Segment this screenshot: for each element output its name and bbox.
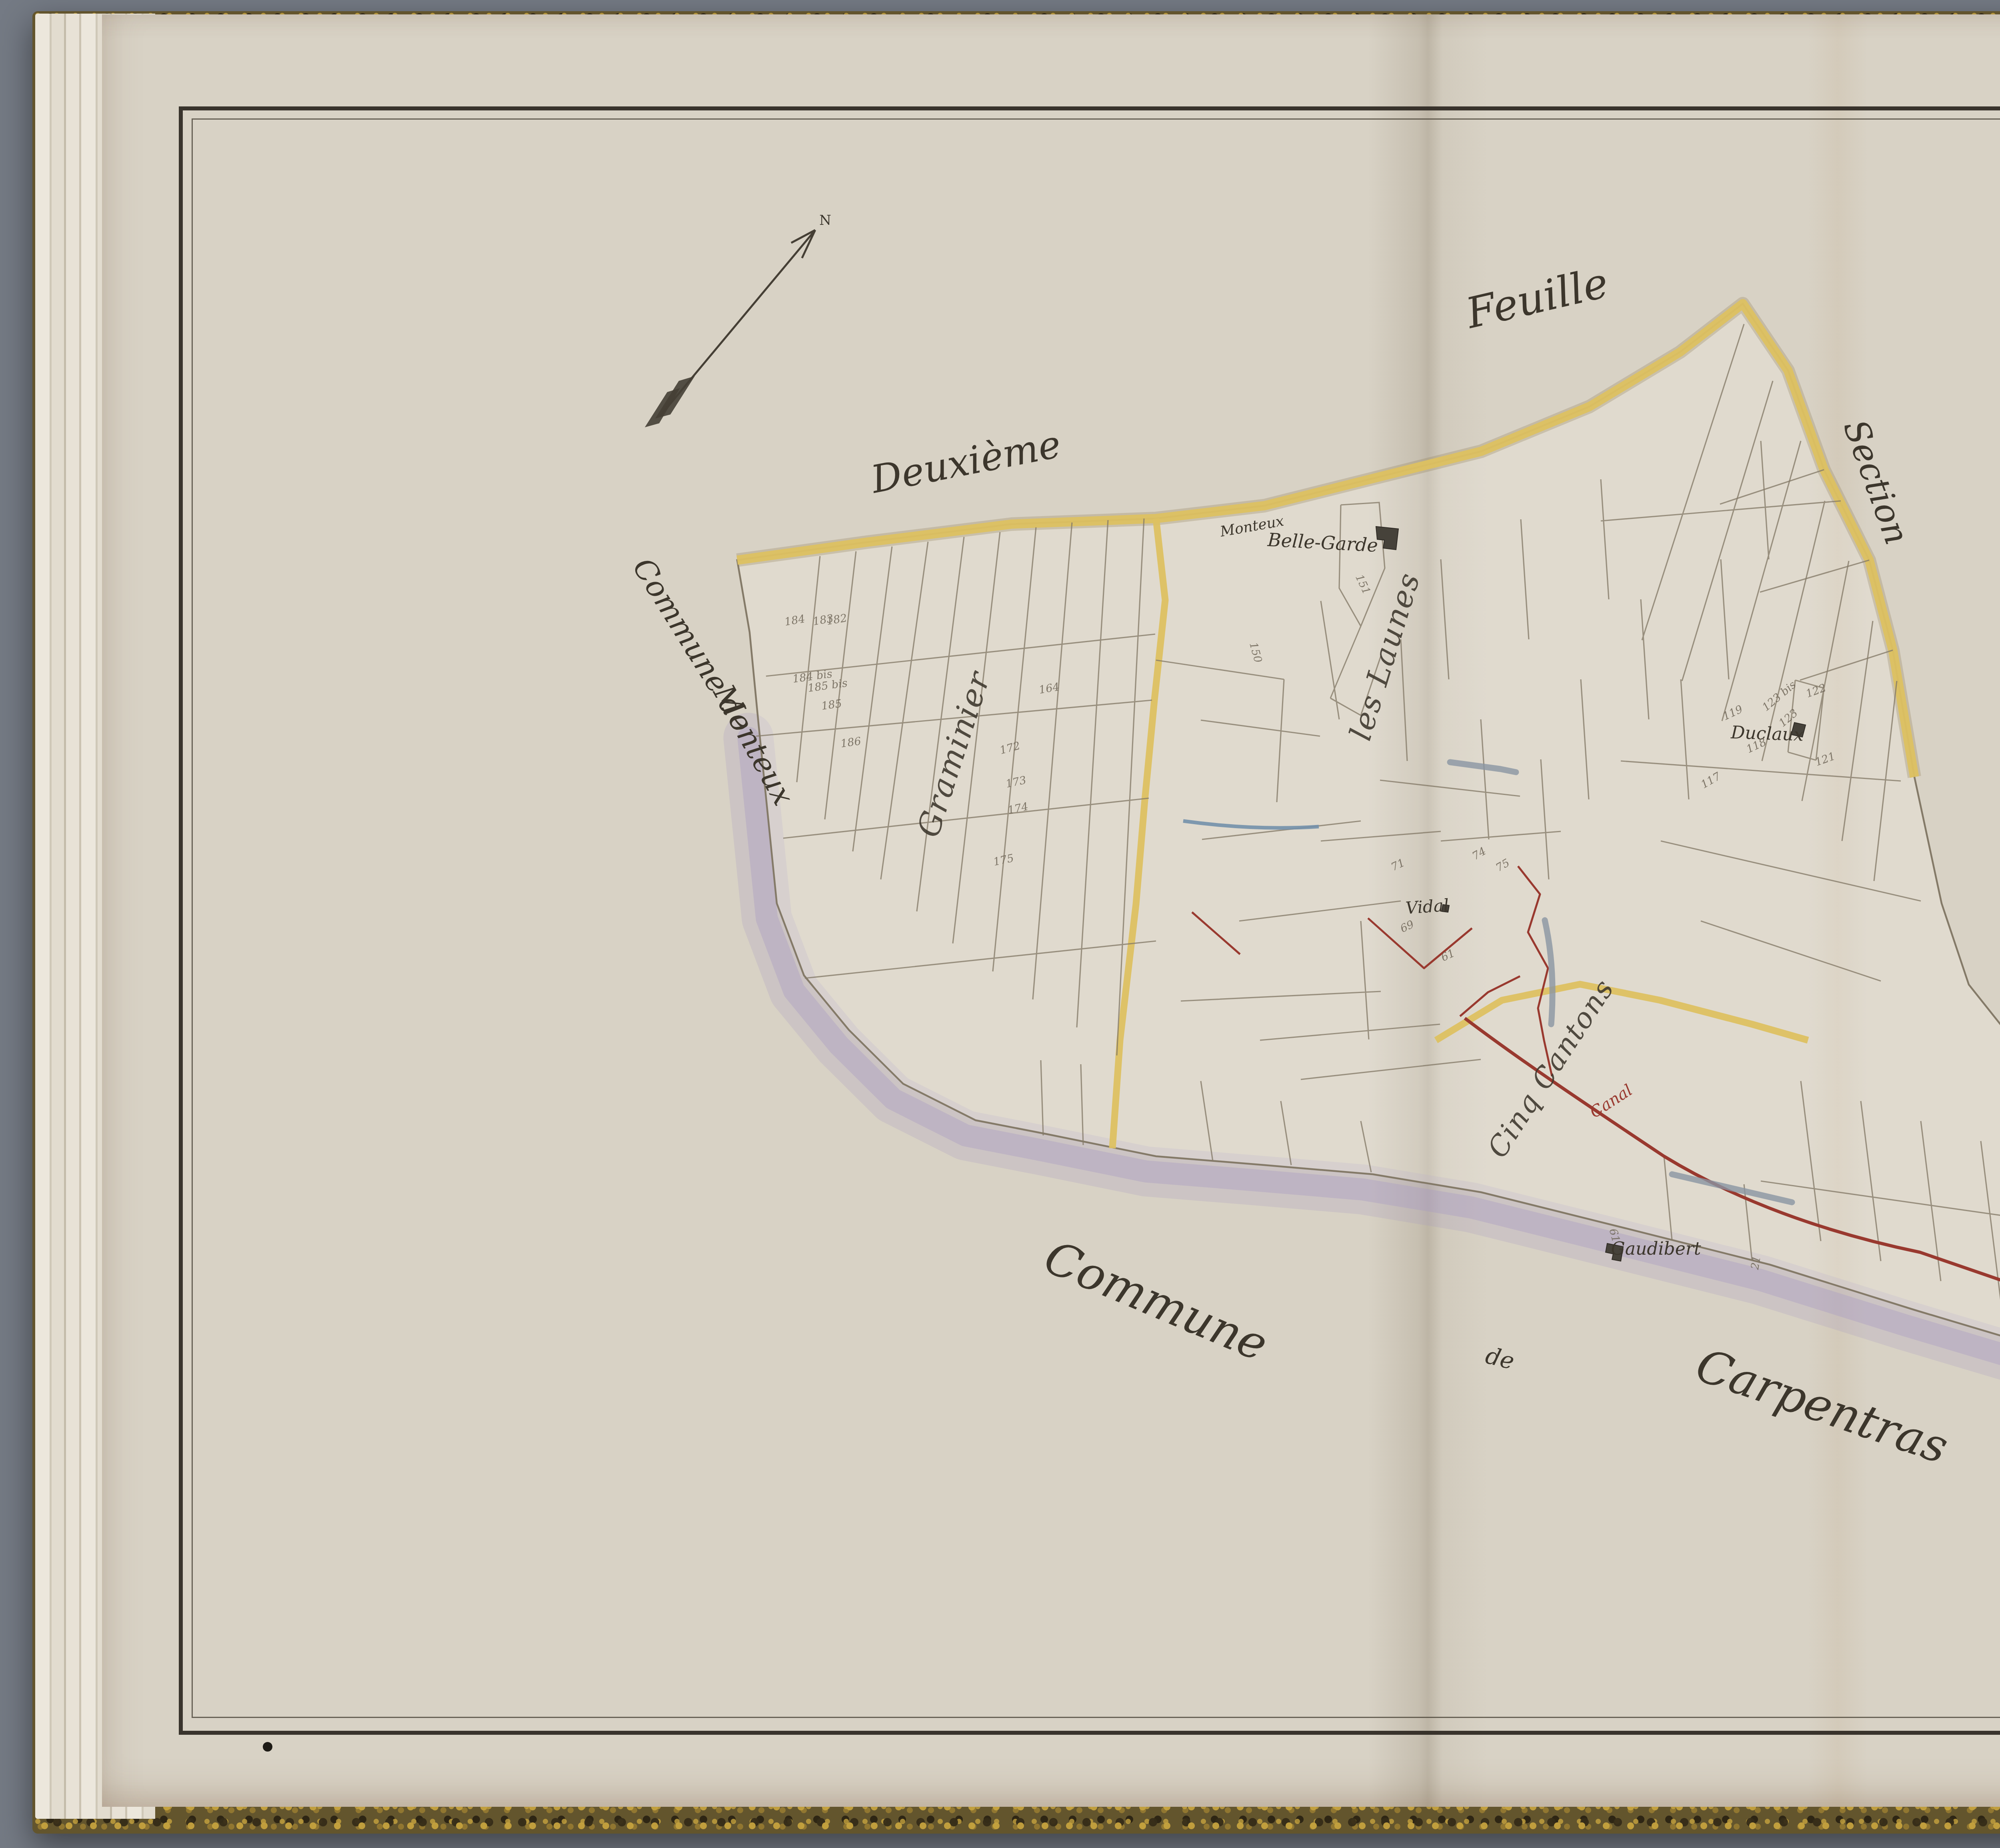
compass-north-letter: N (819, 212, 831, 228)
atlas-photo: MonteuxBelle-Gardeles LaunesGraminierVid… (0, 0, 2000, 1848)
cadastral-map (0, 0, 2000, 1848)
north-arrow (645, 230, 815, 427)
